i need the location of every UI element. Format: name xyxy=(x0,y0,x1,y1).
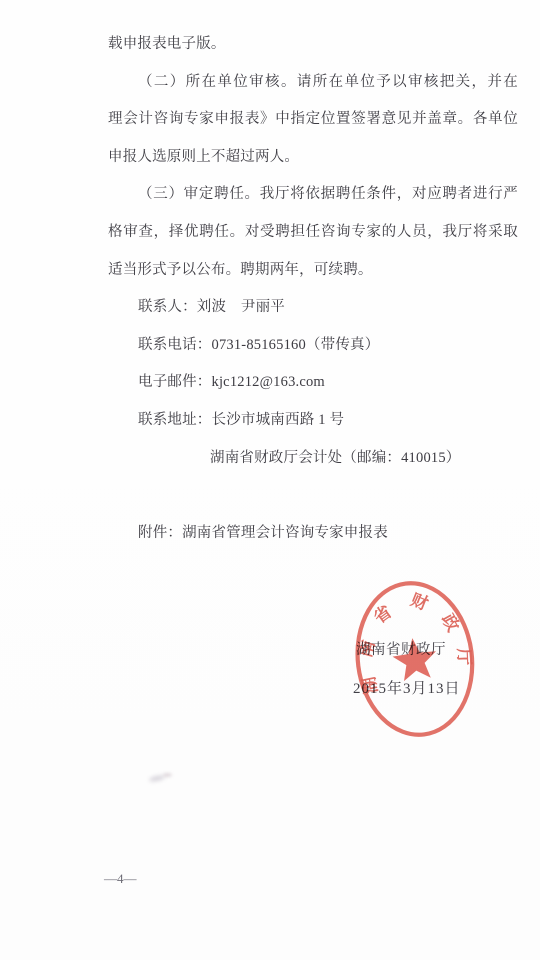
contact-person-line: 联系人：刘波 尹丽平 xyxy=(108,289,518,327)
seal-star-icon xyxy=(391,635,440,682)
body-line: 适当形式予以公布。聘期两年，可续聘。 xyxy=(108,252,518,290)
contact-phone-line: 联系电话：0731-85165160（带传真） xyxy=(108,327,518,365)
body-line: 理会计咨询专家申报表》中指定位置签署意见并盖章。各单位 xyxy=(108,101,518,139)
body-line: （三）审定聘任。我厅将依据聘任条件，对应聘者进行严 xyxy=(108,176,518,214)
official-seal: 湖南省财政厅 xyxy=(335,566,495,754)
contact-email-line: 电子邮件：kjc1212@163.com xyxy=(108,364,518,402)
body-line: （二）所在单位审核。请所在单位予以审核把关，并在《管 xyxy=(108,64,518,102)
body-line: 载申报表电子版。 xyxy=(108,26,518,64)
body-text: 载申报表电子版。 （二）所在单位审核。请所在单位予以审核把关，并在《管 理会计咨… xyxy=(108,26,518,552)
page-number: —4— xyxy=(104,871,137,887)
document-page: 载申报表电子版。 （二）所在单位审核。请所在单位予以审核把关，并在《管 理会计咨… xyxy=(0,0,540,960)
body-line: 格审查，择优聘任。对受聘担任咨询专家的人员，我厅将采取 xyxy=(108,214,518,252)
contact-address-line: 联系地址：长沙市城南西路 1 号 xyxy=(108,402,518,440)
body-line: 申报人选原则上不超过两人。 xyxy=(108,139,518,177)
scan-smudge xyxy=(163,773,172,777)
attachment-line: 附件：湖南省管理会计咨询专家申报表 xyxy=(108,515,518,553)
contact-address-line2: 湖南省财政厅会计处（邮编：410015） xyxy=(108,440,518,478)
